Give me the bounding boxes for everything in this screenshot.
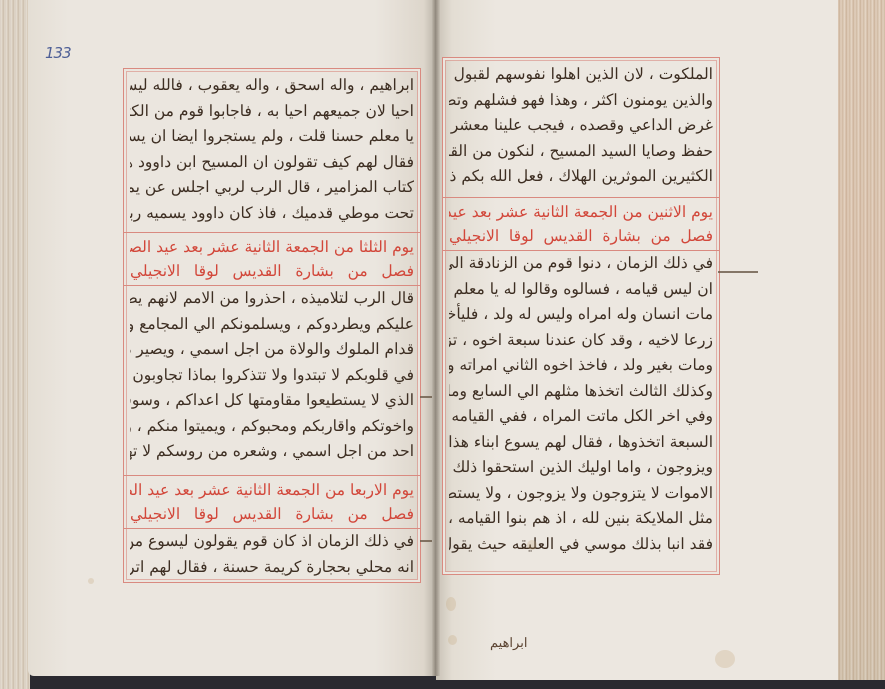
left-text-frame: ابراهيم ، واله اسحق ، واله يعقوب ، فالله… xyxy=(123,68,421,583)
text-line: زرعا لاخيه ، وقد كان عندنا سبعة اخوه ، ت… xyxy=(449,328,713,354)
text-line: والذين يومنون اكثر ، وهذا فهو فشلهم وتضج… xyxy=(449,88,713,114)
left-block-3: في ذلك الزمان اذ كان قوم يقولون ليسوع من… xyxy=(124,529,420,580)
text-line: عليكم ويطردوكم ، ويسلمونكم الي المجامع و… xyxy=(130,312,414,338)
text-line: كتاب المزامير ، قال الرب لربي اجلس عن يم… xyxy=(130,175,414,201)
text-line: مثل الملايكة بنين لله ، اذ هم بنوا القيا… xyxy=(449,506,713,532)
folio-number: 133 xyxy=(45,44,71,62)
text-line: وفي اخر الكل ماتت المراه ، ففي القيامه ل… xyxy=(449,404,713,430)
right-block-2: في ذلك الزمان ، دنوا قوم من الزنادقة الي… xyxy=(443,251,719,557)
text-line: ويزوجون ، واما اوليك الذين استحقوا ذلك ا… xyxy=(449,455,713,481)
text-line: الملكوت ، لان الذين اهلوا نفوسهم لقبول ا… xyxy=(449,62,713,88)
paper-stain xyxy=(446,597,456,611)
left-block-2: قال الرب لتلاميذه ، احذروا من الامم لانه… xyxy=(124,286,420,465)
text-line: السبعة اتخذوها ، فقال لهم يسوع ابناء هذا… xyxy=(449,430,713,456)
rubric-line: يوم الثلثا من الجمعة الثانية عشر بعد عيد… xyxy=(130,235,414,259)
left-rubric-2: يوم الاربعا من الجمعة الثانية عشر بعد عي… xyxy=(124,475,420,529)
text-line: ان ليس قيامه ، فسالوه وقالوا له يا معلم … xyxy=(449,277,713,303)
manuscript-spread: 133 ابراهيم ، واله اسحق ، واله يعقوب ، ف… xyxy=(0,0,885,689)
text-line: واخوتكم واقاربكم ومحبوكم ، ويميتوا منكم … xyxy=(130,414,414,440)
margin-stroke xyxy=(420,540,432,542)
text-line: احيا لان جميعهم احيا به ، فاجابوا قوم من… xyxy=(130,99,414,125)
paper-stain xyxy=(448,635,457,645)
left-fore-edge xyxy=(0,0,30,689)
text-line: الكثيرين الموثرين الهلاك ، فعل الله بكم … xyxy=(449,164,713,190)
right-text-frame: الملكوت ، لان الذين اهلوا نفوسهم لقبول ا… xyxy=(442,57,720,575)
text-line: تحت موطي قدميك ، فاذ كان داوود يسميه ربا… xyxy=(130,201,414,227)
text-line: احد من اجل اسمي ، وشعره من روسكم لا تهلك… xyxy=(130,439,414,465)
rubric-line: يوم الاثنين من الجمعة الثانية عشر بعد عي… xyxy=(449,200,713,224)
text-line: الذي لا يستطيعوا مقاومتها كل اعداكم ، وس… xyxy=(130,388,414,414)
text-line: في ذلك الزمان ، دنوا قوم من الزنادقة الي… xyxy=(449,251,713,277)
paper-stain xyxy=(527,540,537,550)
paper-stain xyxy=(715,650,735,668)
margin-stroke xyxy=(420,396,432,398)
paper-stain xyxy=(88,578,94,584)
rubric-line: فصل من بشارة القديس لوقا الانجيلي xyxy=(130,502,414,526)
text-line: فقد انبا بذلك موسي في العليقه حيث يقول ،… xyxy=(449,532,713,558)
text-line: في ذلك الزمان اذ كان قوم يقولون ليسوع من… xyxy=(130,529,414,555)
text-line: قال الرب لتلاميذه ، احذروا من الامم لانه… xyxy=(130,286,414,312)
text-line: انه محلي بحجارة كريمة حسنة ، فقال لهم ات… xyxy=(130,555,414,581)
right-fore-edge xyxy=(836,0,885,680)
rubric-line: يوم الاربعا من الجمعة الثانية عشر بعد عي… xyxy=(130,478,414,502)
right-rubric-1: يوم الاثنين من الجمعة الثانية عشر بعد عي… xyxy=(443,197,719,251)
text-line: فقال لهم كيف تقولون ان المسيح ابن داوود … xyxy=(130,150,414,176)
text-line: وكذلك الثالث اتخذها مثلهم الي السابع وما… xyxy=(449,379,713,405)
text-line: غرض الداعي وقصده ، فيجب علينا معشر الاخو… xyxy=(449,113,713,139)
text-line: ومات بغير ولد ، فاخذ اخوه الثاني امراته … xyxy=(449,353,713,379)
text-line: ابراهيم ، واله اسحق ، واله يعقوب ، فالله… xyxy=(130,73,414,99)
text-line: في قلوبكم لا تبتدوا ولا تتذكروا بماذا تج… xyxy=(130,363,414,389)
left-block-1: ابراهيم ، واله اسحق ، واله يعقوب ، فالله… xyxy=(124,73,420,226)
catchword: ابراهيم xyxy=(490,636,527,651)
text-line: الاموات لا يتزوجون ولا يزوجون ، ولا يستط… xyxy=(449,481,713,507)
rubric-line: فصل من بشارة القديس لوقا الانجيلي xyxy=(449,224,713,248)
rubric-line: فصل من بشارة القديس لوقا الانجيلي xyxy=(130,259,414,283)
text-line: مات انسان وله امراه وليس له ولد ، فليأخذ… xyxy=(449,302,713,328)
text-line: قدام الملوك والولاة من اجل اسمي ، ويصير … xyxy=(130,337,414,363)
text-line: حفظ وصايا السيد المسيح ، لنكون من القليل… xyxy=(449,139,713,165)
left-rubric-1: يوم الثلثا من الجمعة الثانية عشر بعد عيد… xyxy=(124,232,420,286)
gutter xyxy=(432,0,440,676)
right-block-1: الملكوت ، لان الذين اهلوا نفوسهم لقبول ا… xyxy=(443,62,719,190)
margin-stroke xyxy=(718,271,758,273)
text-line: يا معلم حسنا قلت ، ولم يستجروا ايضا ان ي… xyxy=(130,124,414,150)
